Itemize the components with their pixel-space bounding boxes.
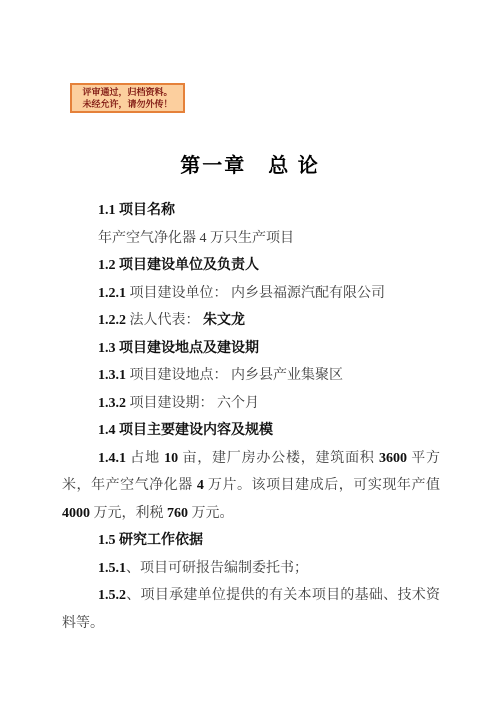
chapter-title: 第一章 总 论	[0, 149, 500, 178]
text-segment: 万片。该项目建成后，可实现年产值	[204, 478, 440, 493]
item-number: 1.4.1	[98, 451, 130, 466]
section-heading-1-4: 1.4 项目主要建设内容及规模	[62, 417, 440, 445]
number-segment: 760	[167, 506, 188, 521]
stamp-line-1: 评审通过，归档资料。	[72, 86, 183, 98]
item-number: 1.2.2	[98, 313, 130, 328]
project-name-text: 年产空气净化器 4 万只生产项目	[62, 225, 440, 253]
item-label: 法人代表：	[130, 313, 204, 328]
approval-stamp: 评审通过，归档资料。 未经允许，请勿外传！	[70, 83, 185, 113]
item-number: 1.2.1	[98, 286, 130, 301]
document-page: 评审通过，归档资料。 未经允许，请勿外传！ 第一章 总 论 1.1 项目名称 年…	[0, 0, 500, 707]
item-value: 六个月	[217, 396, 259, 411]
text-segment: 占地	[130, 451, 164, 466]
item-1-3-1: 1.3.1 项目建设地点： 内乡县产业集聚区	[62, 362, 440, 390]
item-number: 1.5.2	[98, 588, 126, 603]
section-heading-1-2: 1.2 项目建设单位及负责人	[62, 252, 440, 280]
number-segment: 4	[197, 478, 204, 493]
stamp-line-2: 未经允许，请勿外传！	[72, 98, 183, 110]
item-text: 、项目可研报告编制委托书；	[126, 561, 308, 576]
text-segment: 万元。	[188, 506, 234, 521]
item-number: 1.3.2	[98, 396, 130, 411]
item-label: 项目建设期：	[130, 396, 218, 411]
item-1-5-1: 1.5.1、项目可研报告编制委托书；	[62, 555, 440, 583]
text-segment: 亩，建厂房办公楼，建筑面积	[178, 451, 379, 466]
text-segment: 万元，利税	[90, 506, 167, 521]
item-value: 内乡县产业集聚区	[231, 368, 343, 383]
item-1-4-1: 1.4.1 占地 10 亩，建厂房办公楼，建筑面积 3600 平方米，年产空气净…	[62, 445, 440, 528]
number-segment: 3600	[379, 451, 407, 466]
item-number: 1.3.1	[98, 368, 130, 383]
item-label: 项目建设地点：	[130, 368, 232, 383]
number-segment: 10	[164, 451, 178, 466]
item-value: 朱文龙	[203, 313, 245, 328]
document-body: 1.1 项目名称 年产空气净化器 4 万只生产项目 1.2 项目建设单位及负责人…	[62, 197, 440, 637]
item-1-3-2: 1.3.2 项目建设期： 六个月	[62, 390, 440, 418]
item-1-2-1: 1.2.1 项目建设单位： 内乡县福源汽配有限公司	[62, 280, 440, 308]
item-number: 1.5.1	[98, 561, 126, 576]
item-1-2-2: 1.2.2 法人代表： 朱文龙	[62, 307, 440, 335]
item-value: 内乡县福源汽配有限公司	[231, 286, 385, 301]
number-segment: 4000	[62, 506, 90, 521]
item-1-5-2: 1.5.2、项目承建单位提供的有关本项目的基础、技术资料等。	[62, 582, 440, 637]
section-heading-1-5: 1.5 研究工作依据	[62, 527, 440, 555]
section-heading-1-1: 1.1 项目名称	[62, 197, 440, 225]
item-label: 项目建设单位：	[130, 286, 232, 301]
section-heading-1-3: 1.3 项目建设地点及建设期	[62, 335, 440, 363]
